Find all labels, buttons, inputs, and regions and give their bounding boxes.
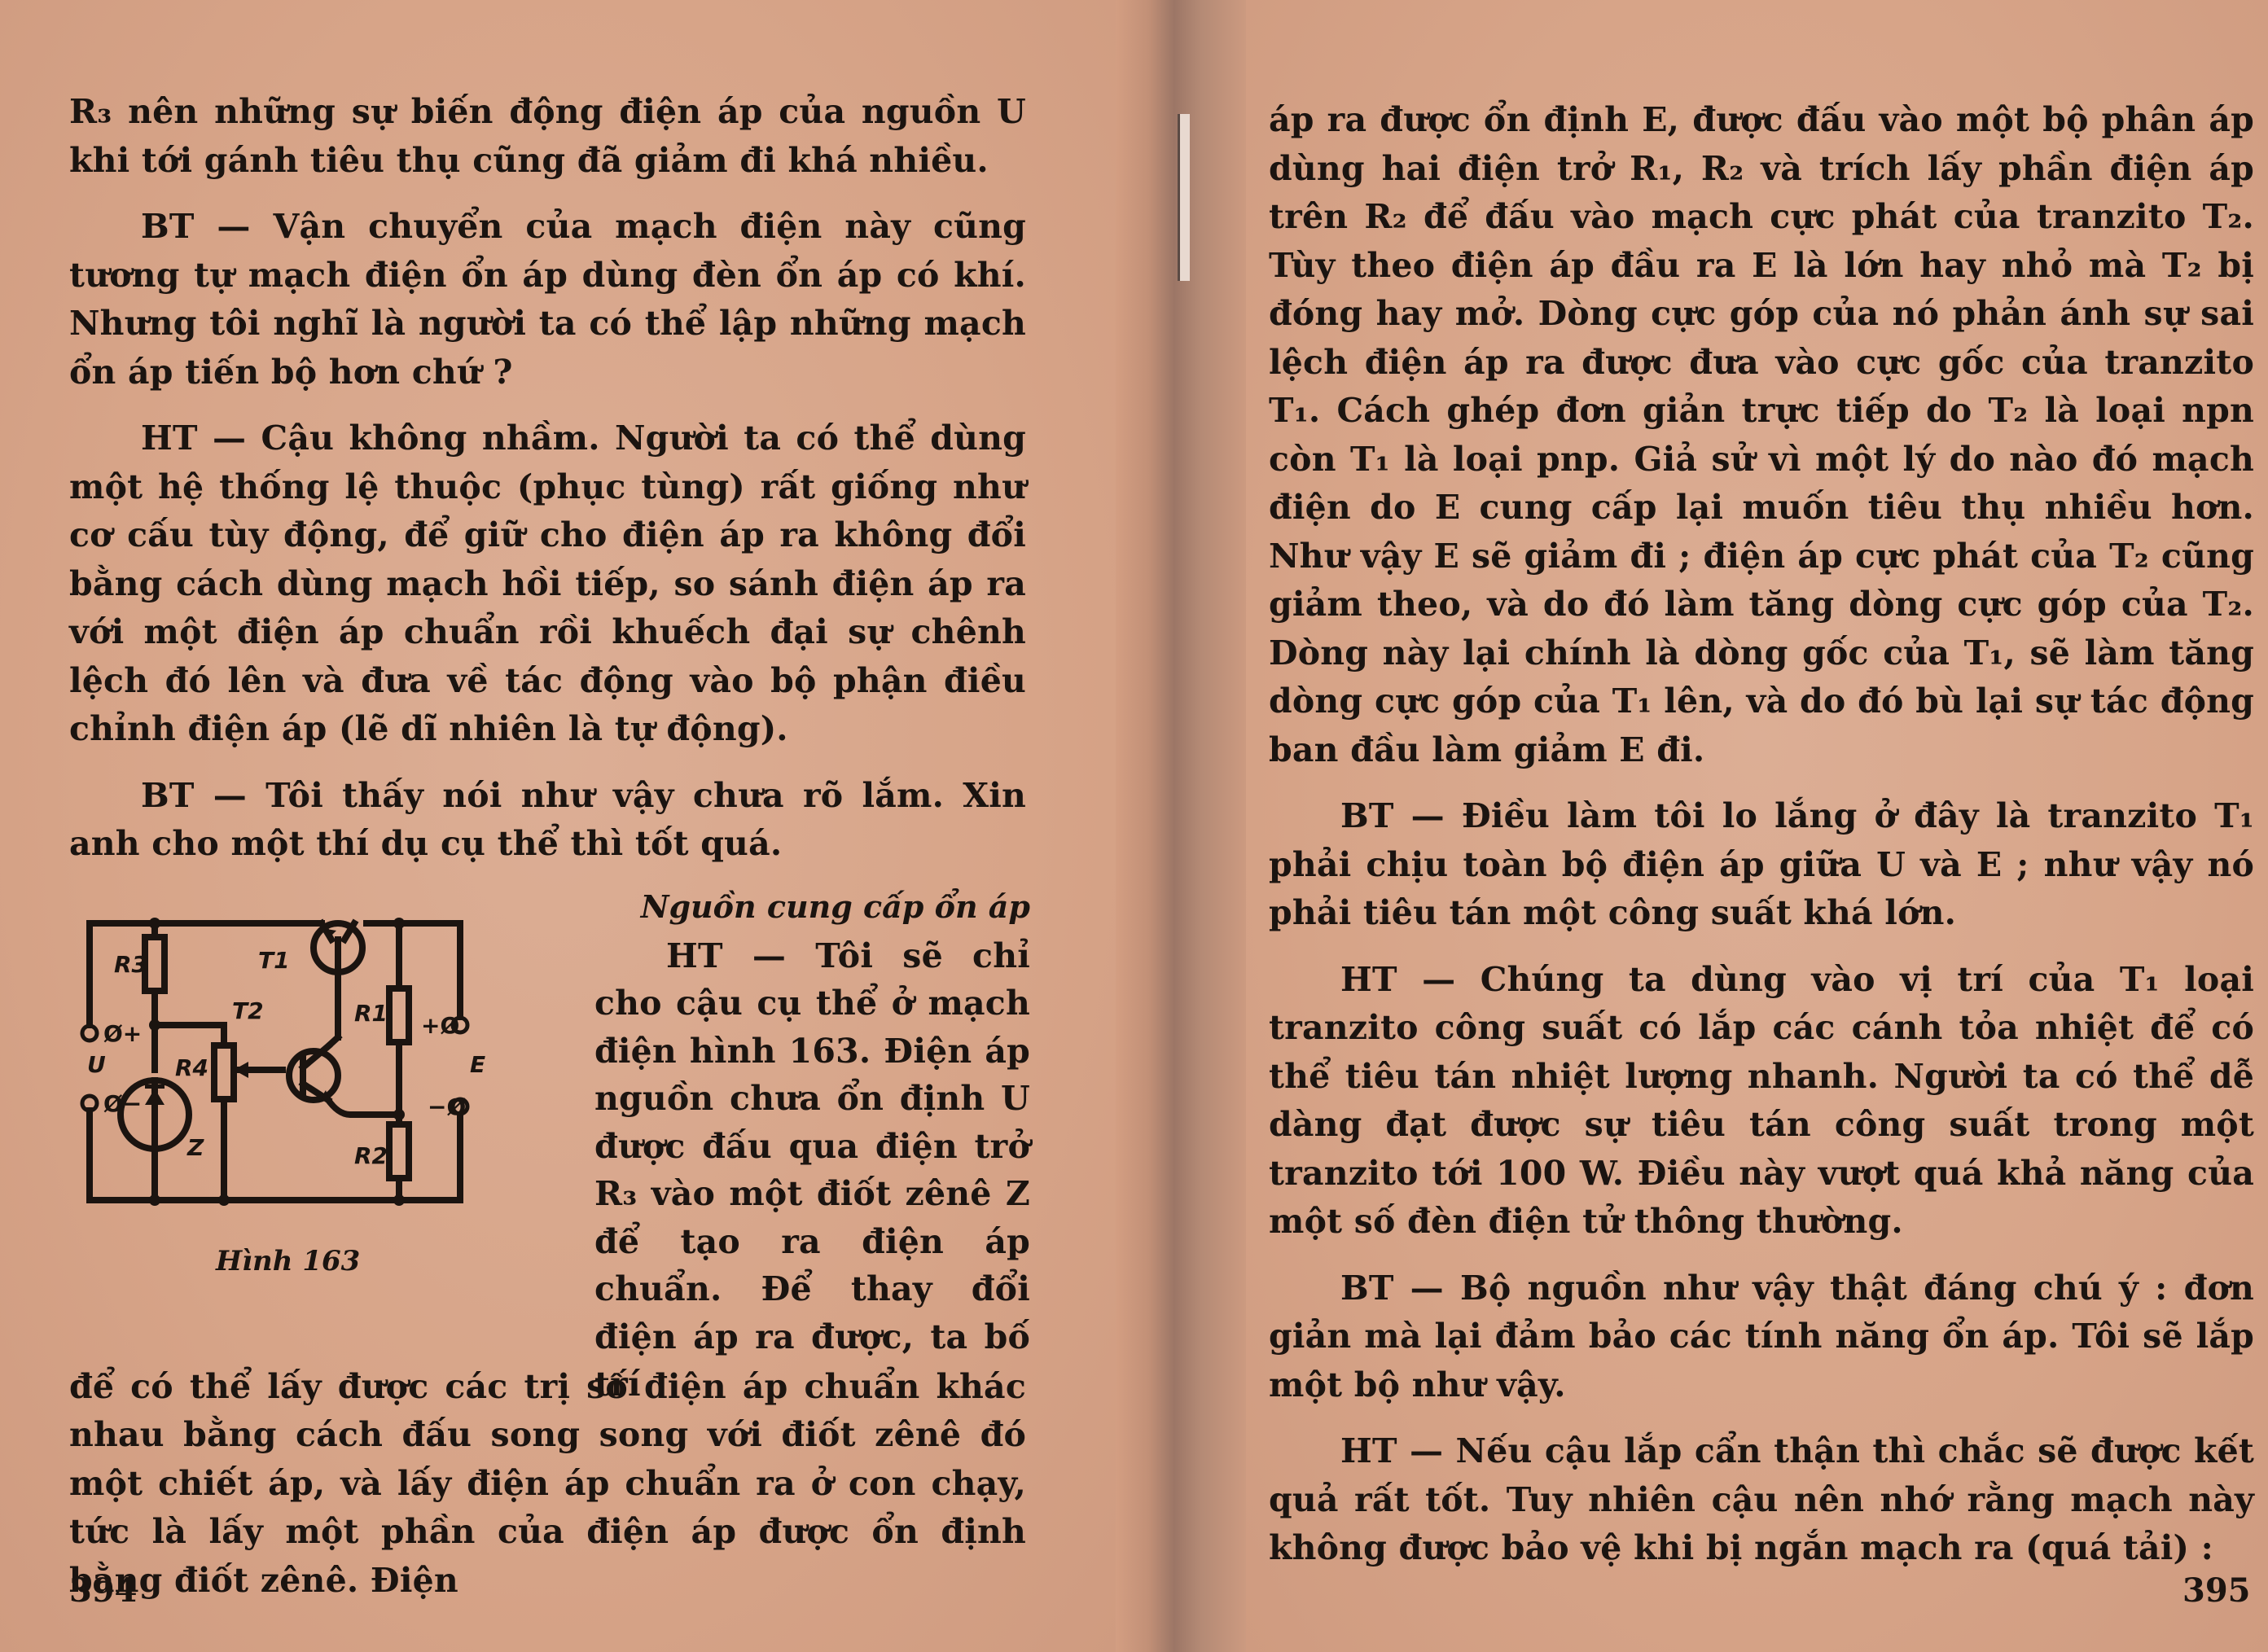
circuit-diagram: R3 T1 T2 R1 R4 R2 Z U E Ø+ Ø− +Ø <box>69 887 558 1294</box>
speaker-label: HT <box>1340 960 1397 999</box>
paragraph: HT — Nếu cậu lắp cẩn thận thì chắc sẽ đư… <box>1269 1427 2254 1573</box>
section-heading: Nguồn cung cấp ổn áp <box>594 887 1030 927</box>
speaker-label: BT <box>141 207 195 246</box>
paragraph: HT — Cậu không nhầm. Người ta có thể dùn… <box>69 414 1026 754</box>
left-page-text: R₃ nên những sự biến động điện áp của ng… <box>69 88 1026 1605</box>
paragraph-text: — Điều làm tôi lo lắng ở đây là tranzito… <box>1269 796 2254 932</box>
paragraph: BT — Vận chuyển của mạch điện này cũng t… <box>69 203 1026 397</box>
side-text: Nguồn cung cấp ổn áp HT — Tôi sẽ chỉ cho… <box>594 887 1030 1409</box>
svg-text:U: U <box>87 1051 106 1078</box>
paragraph-text: — Chúng ta dùng vào vị trí của T₁ loại t… <box>1269 960 2254 1242</box>
svg-text:R4: R4 <box>175 1054 208 1081</box>
paragraph-text: — Tôi thấy nói như vậy chưa rõ lắm. Xin … <box>69 776 1026 864</box>
speaker-label: HT <box>666 936 723 975</box>
paragraph-text: — Tôi sẽ chỉ cho cậu cụ thể ở mạch điện … <box>594 936 1030 1404</box>
regulator-circuit-icon: R3 T1 T2 R1 R4 R2 Z U E Ø+ Ø− +Ø <box>69 887 558 1294</box>
paragraph: R₃ nên những sự biến động điện áp của ng… <box>69 88 1026 185</box>
paragraph: BT — Điều làm tôi lo lắng ở đây là tranz… <box>1269 792 2254 938</box>
speaker-label: HT <box>1340 1431 1397 1470</box>
figure-block: R3 T1 T2 R1 R4 R2 Z U E Ø+ Ø− +Ø <box>69 887 1026 1363</box>
svg-text:R2: R2 <box>354 1142 388 1169</box>
paper-tear <box>1178 114 1190 281</box>
svg-text:E: E <box>470 1051 485 1078</box>
paragraph-text: áp ra được ổn định E, được đấu vào một b… <box>1269 100 2254 769</box>
paragraph: áp ra được ổn định E, được đấu vào một b… <box>1269 96 2254 774</box>
speaker-label: BT <box>1340 1269 1394 1308</box>
right-page-text: áp ra được ổn định E, được đấu vào một b… <box>1269 96 2254 1573</box>
right-page: áp ra được ổn định E, được đấu vào một b… <box>1246 0 2268 1652</box>
svg-text:R1: R1 <box>354 1000 388 1027</box>
paragraph: BT — Tôi thấy nói như vậy chưa rõ lắm. X… <box>69 772 1026 869</box>
svg-text:−Ø: −Ø <box>428 1093 466 1120</box>
svg-text:Ø−: Ø− <box>103 1090 142 1117</box>
paragraph-text: — Bộ nguồn như vậy thật đáng chú ý : đơn… <box>1269 1269 2254 1404</box>
book-spread: R₃ nên những sự biến động điện áp của ng… <box>0 0 2268 1652</box>
paragraph: BT — Bộ nguồn như vậy thật đáng chú ý : … <box>1269 1264 2254 1410</box>
speaker-label: BT <box>1340 796 1394 835</box>
book-gutter <box>1116 0 1246 1652</box>
paragraph: HT — Chúng ta dùng vào vị trí của T₁ loạ… <box>1269 956 2254 1247</box>
svg-text:Ø+: Ø+ <box>103 1020 142 1047</box>
svg-text:+Ø: +Ø <box>421 1012 459 1039</box>
paragraph-text: — Cậu không nhầm. Người ta có thể dùng m… <box>69 418 1026 748</box>
paragraph-text: — Nếu cậu lắp cẩn thận thì chắc sẽ được … <box>1269 1431 2254 1567</box>
svg-text:T2: T2 <box>232 997 264 1024</box>
speaker-label: HT <box>141 418 198 458</box>
speaker-label: BT <box>141 776 195 815</box>
paragraph-text: — Vận chuyển của mạch điện này cũng tươn… <box>69 207 1026 392</box>
svg-text:T1: T1 <box>258 947 290 974</box>
page-number: 395 <box>2182 1571 2251 1610</box>
paragraph: HT — Tôi sẽ chỉ cho cậu cụ thể ở mạch đi… <box>594 932 1030 1409</box>
left-page: R₃ nên những sự biến động điện áp của ng… <box>0 0 1116 1652</box>
page-number: 394 <box>69 1571 138 1610</box>
svg-text:R3: R3 <box>114 951 147 978</box>
svg-text:Z: Z <box>186 1134 204 1161</box>
paragraph-text: R₃ nên những sự biến động điện áp của ng… <box>69 92 1026 180</box>
figure-caption: Hình 163 <box>216 1245 360 1277</box>
